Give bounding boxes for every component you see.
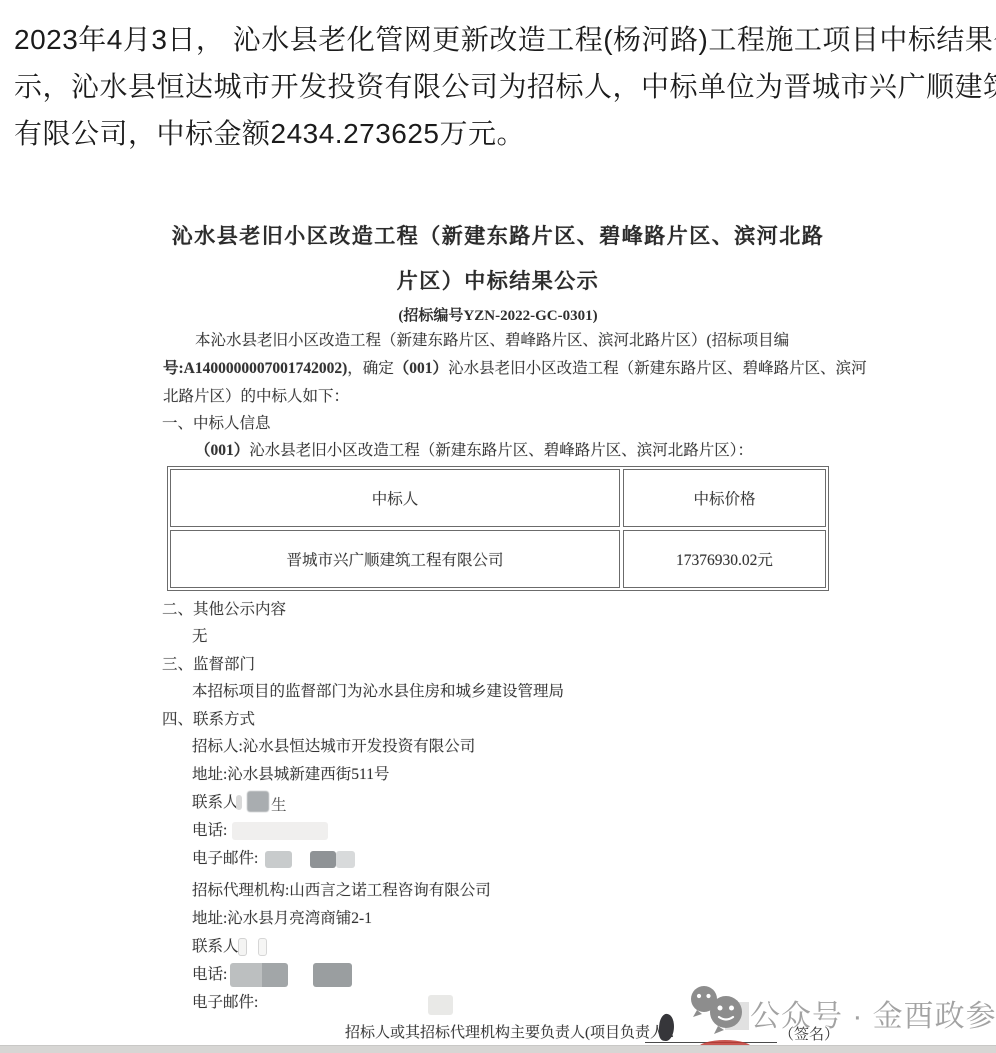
award-table: 中标人 中标价格 晋城市兴广顺建筑工程有限公司 17376930.02元 [167,466,829,591]
email-label: 电子邮件: [192,849,258,869]
contact-label: 联系人: [192,937,243,957]
redaction-box [247,791,269,812]
section-heading-1: 一、中标人信息 [162,414,271,434]
page: 2023年4月3日， 沁水县老化管网更新改造工程(杨河路)工程施工项目中标结果公… [0,0,996,1053]
agency-address: 地址:沁水县月亮湾商铺2-1 [192,909,372,929]
email-label: 电子邮件: [192,993,258,1013]
contact-remnant-char: 生 [271,793,287,815]
signature-line: 招标人或其招标代理机构主要负责人(项目负责人): [345,1021,674,1042]
section-heading-3: 三、监督部门 [162,655,255,675]
phone-label: 电话: [192,965,227,985]
tenderer-line: 招标人:沁水县恒达城市开发投资有限公司 [192,737,475,757]
redaction-box [258,938,267,956]
agency-line: 招标代理机构:山西言之诺工程咨询有限公司 [192,881,491,901]
paragraph-line: 北路片区）的中标人如下： [163,387,349,407]
document-title: 沁水县老旧小区改造工程（新建东路片区、碧峰路片区、滨河北路 片区）中标结果公示 [0,214,996,304]
wechat-icon [688,984,754,1036]
tenderer-address: 地址:沁水县城新建西街511号 [192,765,389,785]
bottom-bar [0,1045,996,1053]
document-title-line: 沁水县老旧小区改造工程（新建东路片区、碧峰路片区、滨河北路 [0,214,996,259]
redaction-box [265,851,292,868]
section-heading-2: 二、其他公示内容 [162,600,286,620]
table-cell-price: 17376930.02元 [623,530,826,588]
redaction-box [428,995,453,1015]
section-heading-4: 四、联系方式 [162,710,255,730]
redaction-box [232,822,328,840]
phone-label: 电话: [192,821,227,841]
announcement-document: 沁水县老旧小区改造工程（新建东路片区、碧峰路片区、滨河北路 片区）中标结果公示 … [0,0,996,1053]
section-3-content: 本招标项目的监督部门为沁水县住房和城乡建设管理局 [192,682,564,702]
redaction-box [310,851,336,868]
redaction-box [336,851,355,868]
paragraph-line: 本沁水县老旧小区改造工程（新建东路片区、碧峰路片区、滨河北路片区）(招标项目编 [195,331,789,351]
redaction-box [238,938,247,956]
table-header-winner: 中标人 [170,469,620,527]
redaction-box [236,795,242,810]
section-1-subline: （001）沁水县老旧小区改造工程（新建东路片区、碧峰路片区、滨河北路片区）： [195,441,753,461]
table-header-price: 中标价格 [623,469,826,527]
redaction-box [230,963,288,987]
section-2-content: 无 [192,627,208,647]
document-title-line: 片区）中标结果公示 [0,259,996,304]
table-cell-winner: 晋城市兴广顺建筑工程有限公司 [170,530,620,588]
watermark-text: 公众号 · 金酉政参 [750,991,996,1035]
project-number: 号:A1400000007001742002) [163,360,347,377]
bid-number: (招标编号YZN-2022-GC-0301) [0,304,996,325]
paragraph-line: 号:A1400000007001742002)，确定（001）沁水县老旧小区改造… [163,359,867,379]
redaction-box [313,963,352,987]
